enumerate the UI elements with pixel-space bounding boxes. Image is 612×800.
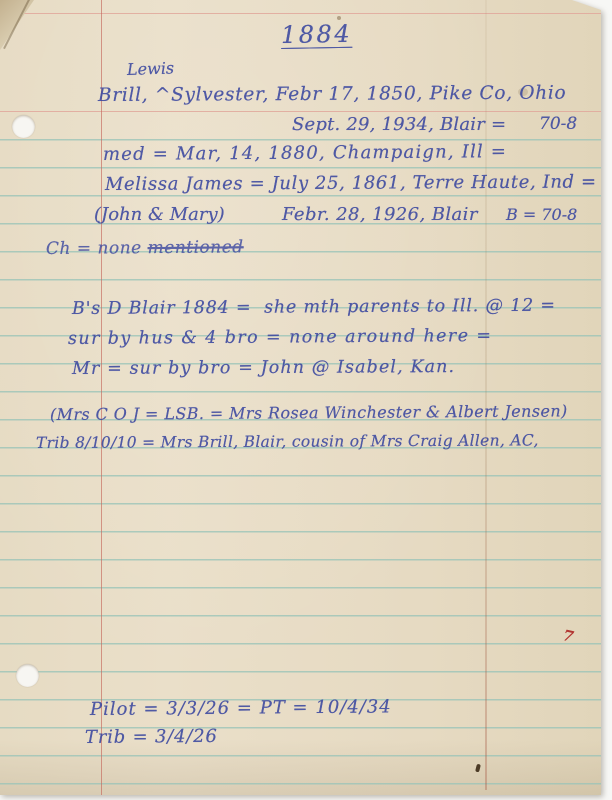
inserted-name: Lewis [127, 60, 175, 78]
tribune-date-line: Trib = 3/4/26 [85, 728, 218, 747]
obit-note-line-1: B's D Blair 1884 = she mth parents to Il… [72, 298, 556, 319]
notebook-paper: 1884 Lewis Brill, ^Sylvester, Febr 17, 1… [0, 0, 601, 795]
source-line-1: (Mrs C O J = LSB. = Mrs Rosea Winchester… [50, 403, 568, 423]
children-line: Ch = none mentioned [46, 239, 244, 258]
children-line-struck-text: mentioned [148, 237, 244, 258]
subject-death-ref: 70-8 [539, 116, 577, 133]
obit-note-line-3: Mr = sur by bro = John @ Isabel, Kan. [72, 359, 455, 379]
spouse-death-line: Febr. 28, 1926, Blair [282, 206, 478, 224]
obit-note-line-2: sur by hus & 4 bro = none around here = [68, 328, 493, 348]
spouse-line: Melissa James = July 25, 1861, Terre Hau… [105, 173, 597, 194]
year-title: 1884 [281, 22, 352, 47]
subject-line: Brill, ^Sylvester, Febr 17, 1850, Pike C… [98, 85, 566, 106]
handwriting-layer: 1884 Lewis Brill, ^Sylvester, Febr 17, 1… [0, 0, 601, 795]
subject-death-line: Sept. 29, 1934, Blair = [292, 116, 506, 134]
pilot-dates-line: Pilot = 3/3/26 = PT = 10/4/34 [90, 698, 392, 719]
marriage-line: med = Mar, 14, 1880, Champaign, Ill = [103, 143, 507, 164]
children-line-text: Ch = none [46, 238, 148, 259]
spouse-death-ref: B = 70-8 [506, 207, 577, 223]
spouse-parents: (John & Mary) [94, 206, 225, 224]
source-line-2: Trib 8/10/10 = Mrs Brill, Blair, cousin … [36, 433, 539, 451]
red-check-annotation: 7 [562, 628, 575, 645]
scanned-page: 1884 Lewis Brill, ^Sylvester, Febr 17, 1… [0, 0, 612, 800]
